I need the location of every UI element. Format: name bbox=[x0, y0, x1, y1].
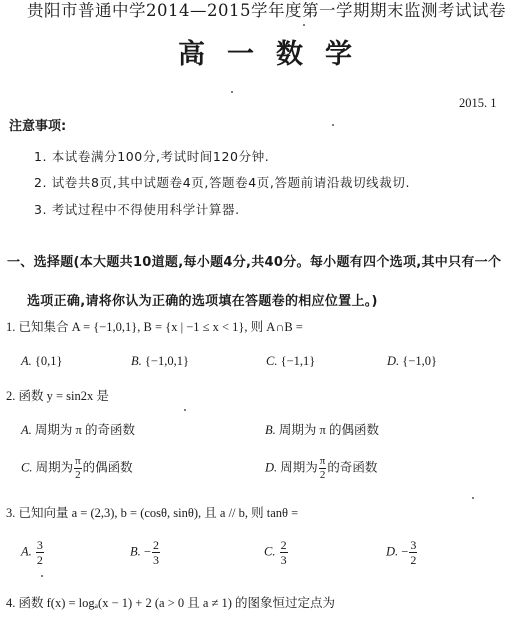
fraction-numerator: π bbox=[319, 456, 327, 469]
notice-item: 2. 试卷共8页,其中试题卷4页,答题卷4页,答题前请沿裁切线裁切. bbox=[34, 177, 410, 190]
fraction-numerator: 3 bbox=[409, 539, 417, 553]
question-text: 已知集合 A = {−1,0,1}, B = {x | −1 ≤ x < 1},… bbox=[19, 320, 303, 334]
fraction: π2 bbox=[74, 456, 82, 481]
option-letter: A. bbox=[21, 423, 32, 437]
question-3-option-a[interactable]: A. 32 bbox=[21, 539, 45, 566]
notice-item: 1. 本试卷满分100分,考试时间120分钟. bbox=[34, 151, 269, 164]
scan-speck bbox=[303, 24, 305, 26]
question-4-stem: 4. 函数 f(x) = logₐ(x − 1) + 2 (a > 0 且 a … bbox=[6, 597, 335, 610]
notice-item: 3. 考试过程中不得使用科学计算器. bbox=[34, 204, 240, 217]
fraction-denominator: 3 bbox=[280, 553, 288, 566]
fraction-denominator: 2 bbox=[36, 553, 44, 566]
option-letter: A. bbox=[21, 544, 32, 558]
option-letter: C. bbox=[21, 460, 32, 474]
question-2-option-d[interactable]: D. 周期为π2的奇函数 bbox=[265, 456, 377, 481]
scan-speck bbox=[231, 91, 233, 93]
option-text: 周期为 π 的偶函数 bbox=[279, 423, 379, 437]
question-1-option-d[interactable]: D. {−1,0} bbox=[387, 355, 437, 368]
question-number: 4. bbox=[6, 596, 15, 610]
fraction-denominator: 2 bbox=[409, 553, 417, 566]
exam-header-title: 贵阳市普通中学2014—2015学年度第一学期期末监测考试试卷 bbox=[27, 3, 506, 20]
fraction: 23 bbox=[152, 539, 160, 566]
option-sign: − bbox=[144, 544, 151, 558]
fraction: 32 bbox=[36, 539, 44, 566]
option-letter: B. bbox=[130, 544, 141, 558]
option-letter: C. bbox=[264, 544, 275, 558]
fraction-denominator: 2 bbox=[74, 469, 82, 481]
scan-speck bbox=[332, 124, 334, 126]
fraction: 32 bbox=[409, 539, 417, 566]
option-text-suffix: 的奇函数 bbox=[327, 460, 377, 474]
question-text: 函数 y = sin2x 是 bbox=[19, 389, 109, 403]
option-letter: D. bbox=[386, 544, 398, 558]
fraction: 23 bbox=[280, 539, 288, 566]
question-1-option-b[interactable]: B. {−1,0,1} bbox=[131, 355, 189, 368]
fraction-numerator: π bbox=[74, 456, 82, 469]
question-number: 1. bbox=[6, 320, 15, 334]
fraction: π2 bbox=[319, 456, 327, 481]
question-2-option-c[interactable]: C. 周期为π2的偶函数 bbox=[21, 456, 133, 481]
question-number: 2. bbox=[6, 389, 15, 403]
option-text: 周期为 π 的奇函数 bbox=[35, 423, 135, 437]
option-letter: A. bbox=[21, 354, 32, 368]
fraction-denominator: 2 bbox=[319, 469, 327, 481]
option-text: {−1,0} bbox=[402, 354, 437, 368]
option-text-suffix: 的偶函数 bbox=[83, 460, 133, 474]
scan-speck bbox=[184, 409, 186, 411]
question-text: 已知向量 a = (2,3), b = (cosθ, sinθ), 且 a //… bbox=[19, 506, 299, 520]
question-2-option-a[interactable]: A. 周期为 π 的奇函数 bbox=[21, 424, 135, 437]
section-heading-line2: 选项正确,请将你认为正确的选项填在答题卷的相应位置上。) bbox=[27, 295, 378, 308]
subject-title: 高一数学 bbox=[178, 41, 374, 68]
option-text: {0,1} bbox=[35, 354, 63, 368]
fraction-numerator: 3 bbox=[36, 539, 44, 553]
option-letter: D. bbox=[387, 354, 399, 368]
notice-heading: 注意事项: bbox=[9, 120, 66, 133]
fraction-numerator: 2 bbox=[280, 539, 288, 553]
fraction-denominator: 3 bbox=[152, 553, 160, 566]
option-text: 周期为 bbox=[280, 460, 318, 474]
question-2-option-b[interactable]: B. 周期为 π 的偶函数 bbox=[265, 424, 379, 437]
question-3-option-c[interactable]: C. 23 bbox=[264, 539, 289, 566]
question-3-stem: 3. 已知向量 a = (2,3), b = (cosθ, sinθ), 且 a… bbox=[6, 507, 298, 520]
option-text: 周期为 bbox=[36, 460, 74, 474]
option-sign: − bbox=[401, 544, 408, 558]
option-letter: B. bbox=[131, 354, 142, 368]
section-heading-line1: 一、选择题(本大题共10道题,每小题4分,共40分。每小题有四个选项,其中只有一… bbox=[7, 256, 501, 269]
question-3-option-b[interactable]: B. −23 bbox=[130, 539, 161, 566]
question-text: 函数 f(x) = logₐ(x − 1) + 2 (a > 0 且 a ≠ 1… bbox=[19, 596, 336, 610]
question-1-option-a[interactable]: A. {0,1} bbox=[21, 355, 63, 368]
option-text: {−1,1} bbox=[281, 354, 316, 368]
option-letter: C. bbox=[266, 354, 277, 368]
question-number: 3. bbox=[6, 506, 15, 520]
question-1-option-c[interactable]: C. {−1,1} bbox=[266, 355, 315, 368]
question-2-stem: 2. 函数 y = sin2x 是 bbox=[6, 390, 109, 403]
option-letter: D. bbox=[265, 460, 277, 474]
question-3-option-d[interactable]: D. −32 bbox=[386, 539, 418, 566]
scan-speck bbox=[472, 497, 474, 499]
fraction-numerator: 2 bbox=[152, 539, 160, 553]
question-1-stem: 1. 已知集合 A = {−1,0,1}, B = {x | −1 ≤ x < … bbox=[6, 321, 303, 334]
option-letter: B. bbox=[265, 423, 276, 437]
exam-date: 2015. 1 bbox=[459, 97, 497, 110]
scan-speck bbox=[41, 575, 43, 577]
option-text: {−1,0,1} bbox=[145, 354, 189, 368]
